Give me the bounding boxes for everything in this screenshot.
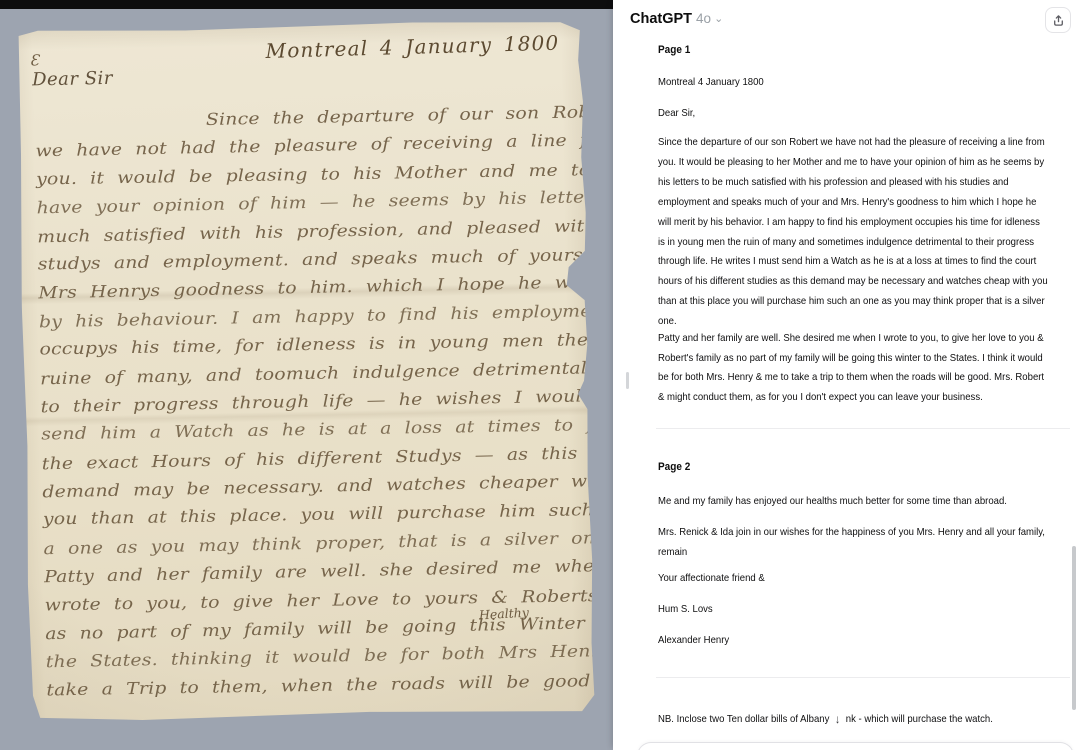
manuscript-salutation: Dear Sir: [32, 68, 113, 91]
scroll-to-bottom-button[interactable]: ↓: [835, 712, 840, 726]
model-switcher[interactable]: ChatGPT4o⌄: [630, 10, 723, 28]
transcript-salutation: Dear Sir,: [658, 107, 695, 119]
transcript-line: Since the departure of our son Robert we…: [658, 133, 1048, 153]
transcript-line: Mrs. Renick & Ida join in our wishes for…: [658, 522, 1045, 542]
transcript-line: Patty and her family are well. She desir…: [658, 329, 1044, 349]
transcript-line: you. It would be pleasing to her Mother …: [658, 153, 1048, 173]
transcript-line: is in young men the ruin of many and som…: [658, 233, 1048, 253]
transcript-closing-3: Alexander Henry: [658, 634, 729, 646]
message-divider: [656, 428, 1070, 429]
transcript-line: his letters to be much satisfied with hi…: [658, 173, 1048, 193]
transcript-line: remain: [658, 542, 1045, 562]
postscript-text-after: nk - which will purchase the watch.: [846, 713, 993, 725]
manuscript-inserted-word: Healthy: [479, 605, 530, 623]
chat-panel: ChatGPT4o⌄ Page 1 Montreal 4 January 180…: [613, 0, 1080, 750]
share-button[interactable]: [1045, 7, 1071, 33]
transcript-closing-2: Hum S. Lovs: [658, 603, 713, 615]
transcript-line: employment and speaks much of your and M…: [658, 193, 1048, 213]
manuscript-viewer-panel: Ɛ Montreal 4 January 1800 Dear Sir Since…: [0, 0, 613, 750]
letterbox-bar: [0, 0, 613, 9]
composer-input[interactable]: [637, 742, 1074, 750]
message-divider: [656, 677, 1070, 678]
transcript-paragraph-2: Patty and her family are well. She desir…: [658, 329, 1044, 407]
share-icon: [1052, 14, 1065, 27]
manuscript-photo[interactable]: Ɛ Montreal 4 January 1800 Dear Sir Since…: [15, 18, 597, 723]
postscript-text-before: NB. Inclose two Ten dollar bills of Alba…: [658, 713, 829, 725]
transcript-dateline: Montreal 4 January 1800: [658, 76, 764, 88]
transcript-line: hours of his different studies as this d…: [658, 272, 1048, 292]
transcript-paragraph-1: Since the departure of our son Robert we…: [658, 133, 1048, 332]
transcript-line: & might conduct them, as for you I don't…: [658, 388, 1044, 408]
transcript-paragraph-3: Me and my family has enjoyed our healths…: [658, 495, 1007, 507]
transcript-postscript: NB. Inclose two Ten dollar bills of Alba…: [658, 711, 993, 725]
transcript-paragraph-4: Mrs. Renick & Ida join in our wishes for…: [658, 522, 1045, 562]
transcript-closing-1: Your affectionate friend &: [658, 572, 765, 584]
transcript-line: be for both Mrs. Henry & me to take a tr…: [658, 368, 1044, 388]
model-label: 4o: [696, 11, 711, 26]
transcript-line: through life. He writes I must send him …: [658, 252, 1048, 272]
transcript-line: than at this place you will purchase him…: [658, 292, 1048, 312]
manuscript-corner-mark: Ɛ: [30, 51, 40, 69]
panel-scrollbar-thumb[interactable]: [626, 372, 629, 389]
chat-header: ChatGPT4o⌄: [613, 0, 1080, 42]
brand-label: ChatGPT: [630, 11, 692, 27]
manuscript-dateline: Montreal 4 January 1800: [265, 31, 560, 63]
page2-heading: Page 2: [658, 461, 690, 473]
transcript-line: Robert's family as no part of my family …: [658, 349, 1044, 369]
page1-heading: Page 1: [658, 44, 690, 56]
chat-scrollbar-thumb[interactable]: [1072, 546, 1076, 710]
chevron-down-icon: ⌄: [714, 12, 723, 25]
transcript-line: will merit by his behavior. I am happy t…: [658, 213, 1048, 233]
